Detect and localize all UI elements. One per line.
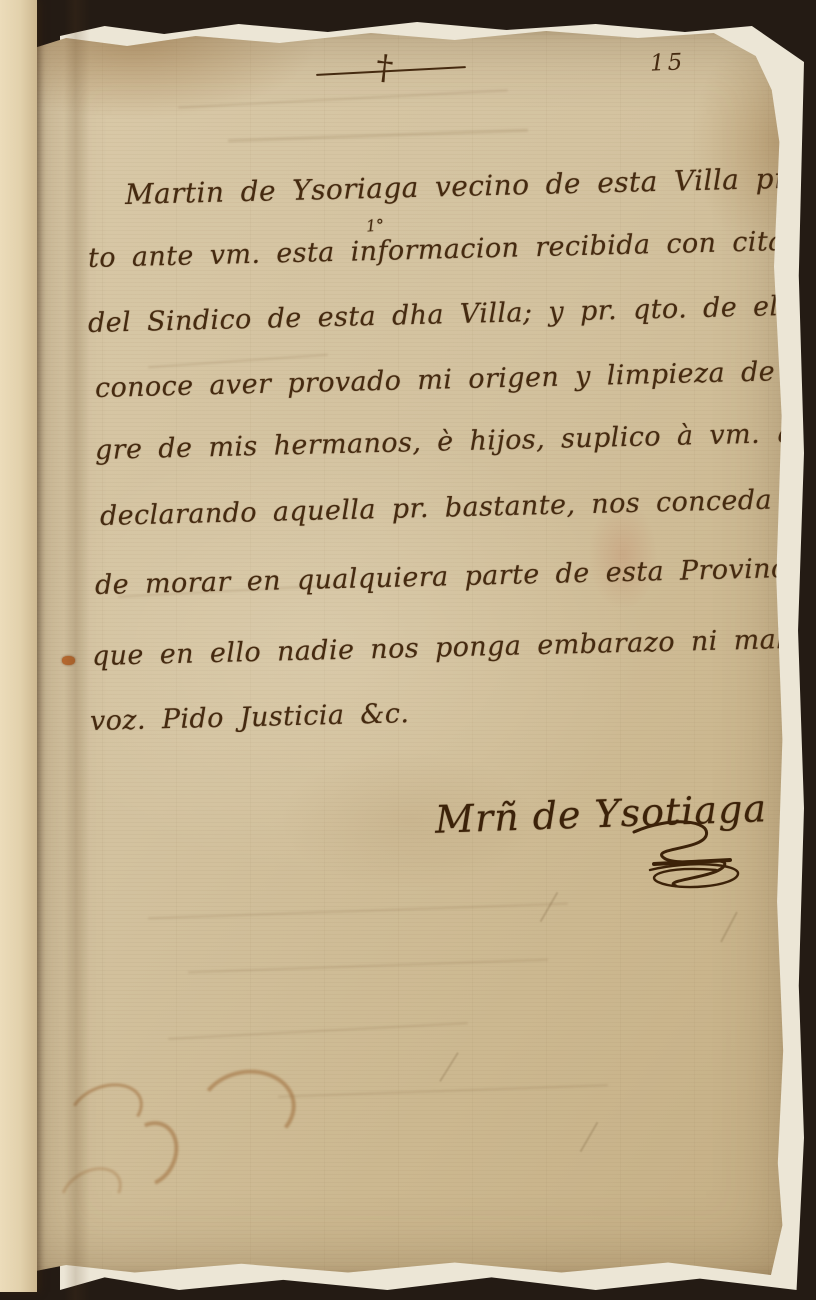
bleed-through-mark xyxy=(188,959,548,974)
invocation-cross: † xyxy=(316,44,466,92)
bleed-through-mark xyxy=(228,129,528,142)
page-number: 15 xyxy=(650,49,686,76)
bleed-through-mark xyxy=(720,912,738,943)
manuscript-line-5: gre de mis hermanos, è hijos, suplico à … xyxy=(95,417,816,466)
interlinear-mark: 1° xyxy=(365,215,384,235)
manuscript-line-3: del Sindico de esta dha Villa; y pr. qto… xyxy=(88,288,816,339)
manuscript-scan: † 15 Martin de Ysoriaga vecino de esta V… xyxy=(0,0,816,1300)
bleed-through-mark xyxy=(580,1122,599,1152)
ink-smudge xyxy=(51,1157,131,1230)
bleed-through-mark xyxy=(168,1022,468,1040)
binding-crease xyxy=(64,0,90,1300)
bleed-through-mark xyxy=(148,903,568,920)
manuscript-line-8: que en ello nadie nos ponga embarazo ni … xyxy=(92,624,802,672)
adjacent-folio-edge xyxy=(0,0,37,1292)
manuscript-page: † 15 Martin de Ysoriaga vecino de esta V… xyxy=(28,30,790,1275)
bleed-through-mark xyxy=(148,354,328,369)
signature-rubric-icon xyxy=(620,814,750,894)
ink-smudge xyxy=(192,1062,302,1156)
manuscript-line-1: Martin de Ysoriaga vecino de esta Villa … xyxy=(125,160,816,211)
manuscript-line-9: voz. Pido Justicia &c. xyxy=(90,698,410,737)
bleed-through-mark xyxy=(278,1084,608,1098)
manuscript-line-7: de morar en qualquiera parte de esta Pro… xyxy=(95,551,816,601)
bleed-through-mark xyxy=(178,89,508,108)
bleed-through-mark xyxy=(540,892,559,922)
bleed-through-mark xyxy=(439,1052,459,1082)
manuscript-line-6: declarando aquella pr. bastante, nos con… xyxy=(100,482,816,532)
manuscript-line-2: to ante vm. esta informacion recibida co… xyxy=(88,225,816,274)
cross-icon: † xyxy=(374,43,396,93)
